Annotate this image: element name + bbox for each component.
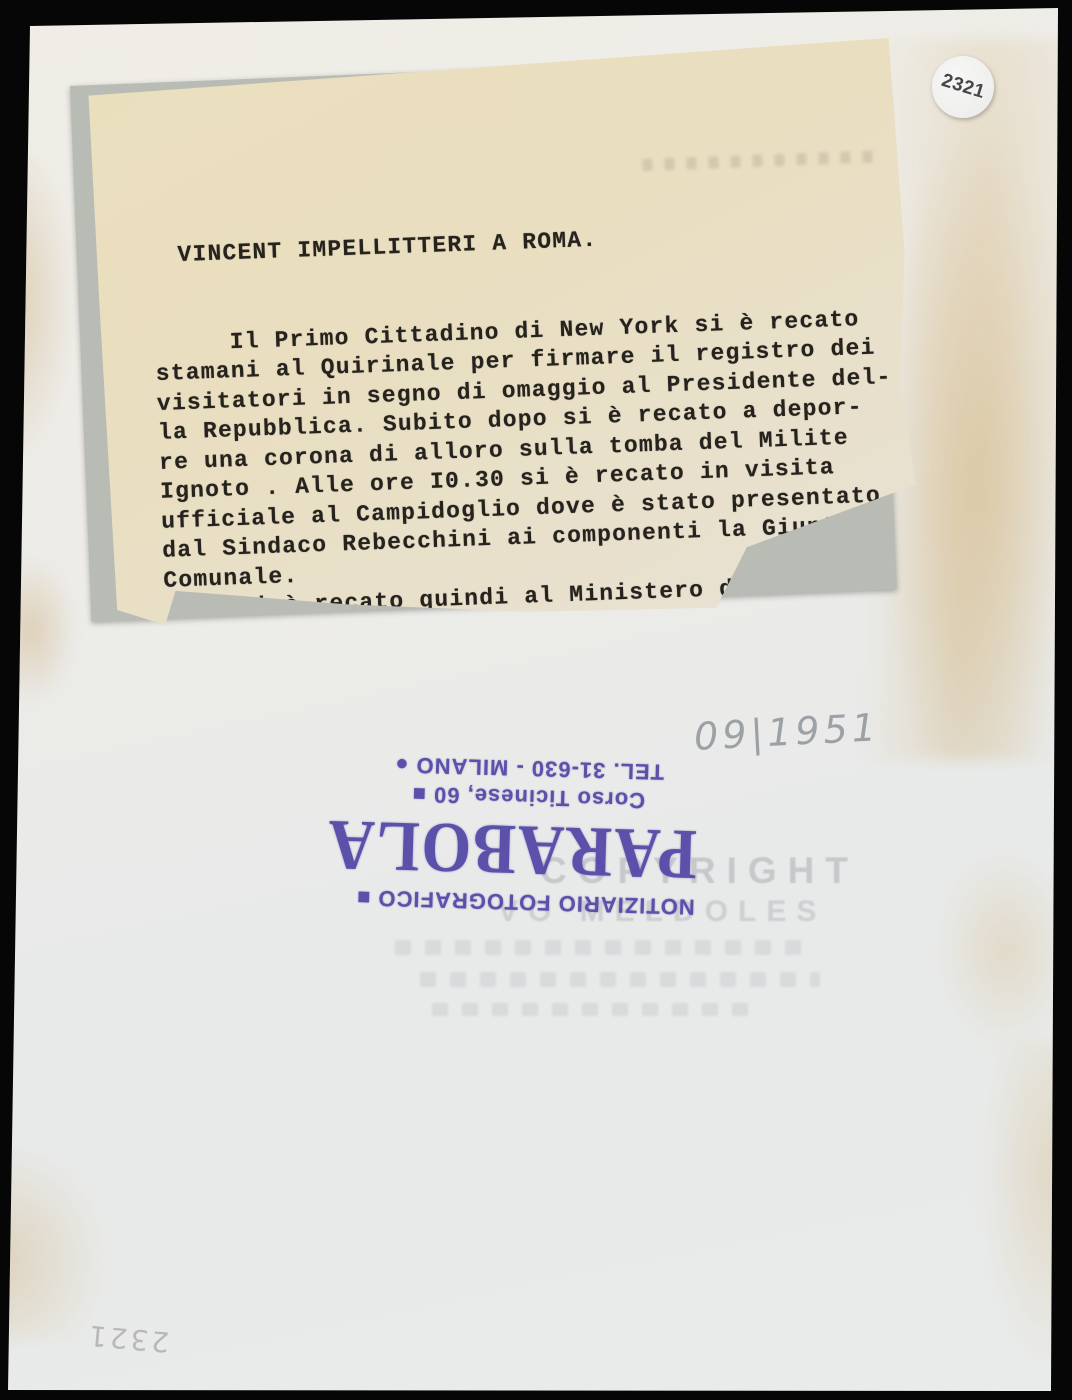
faint-text-line — [420, 972, 820, 987]
photo-back-scan: { "photo_back": { "sticker_number": "232… — [0, 0, 1072, 1400]
stain-bottom-left — [0, 1140, 110, 1340]
stain-left-upper — [0, 130, 76, 470]
faint-text-line — [432, 1003, 762, 1016]
stain-left-middle — [0, 555, 76, 705]
archive-number: 2321 — [939, 70, 988, 104]
handwritten-date: 09|1951 — [693, 705, 881, 759]
faint-text-line — [395, 940, 815, 955]
stamp-agency-name: PARABOLA — [356, 803, 698, 898]
typed-caption: VINCENT IMPELLITTERI A ROMA. Il Primo Ci… — [149, 156, 909, 743]
archive-number-sticker: 2321 — [932, 56, 994, 118]
caption-title: VINCENT IMPELLITTERI A ROMA. — [177, 215, 892, 271]
stain-right-lower — [980, 1040, 1072, 1370]
photo-back-paper: VINCENT IMPELLITTERI A ROMA. Il Primo Ci… — [0, 0, 1072, 1400]
agency-ink-stamp-upside-down: NOTIZIARIO FOTOGRAFICO ■ PARABOLA Corso … — [355, 697, 701, 921]
pencil-number-upside-down: 2321 — [85, 1318, 171, 1358]
caption-body: Il Primo Cittadino di New York si è reca… — [154, 303, 906, 684]
stain-right-middle — [930, 840, 1072, 1060]
